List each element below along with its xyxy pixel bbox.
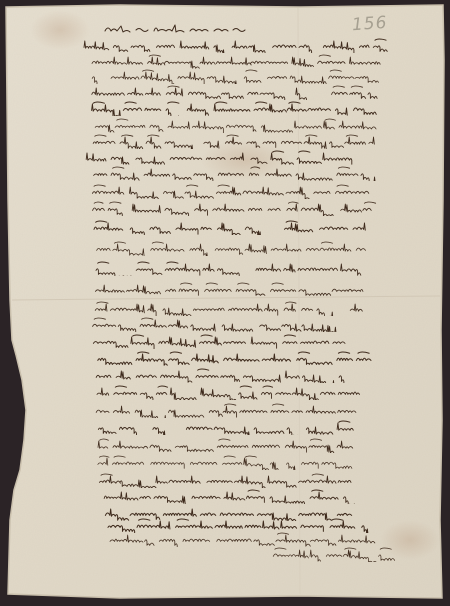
handwritten-line xyxy=(54,100,414,116)
handwritten-line xyxy=(62,384,396,400)
handwritten-line xyxy=(44,37,428,53)
handwritten-line xyxy=(70,488,396,504)
handwritten-line xyxy=(64,454,386,470)
handwritten-line xyxy=(58,117,414,133)
handwritten-line xyxy=(60,316,370,332)
handwritten-line xyxy=(64,437,388,453)
manuscript-scan: 156 xyxy=(0,0,450,606)
handwritten-line xyxy=(60,300,396,316)
handwritten-line xyxy=(56,200,406,216)
handwritten-line xyxy=(62,402,388,418)
handwritten-line xyxy=(54,53,418,69)
handwritten-line xyxy=(66,472,384,488)
handwritten-line xyxy=(74,531,418,547)
handwritten-line xyxy=(60,281,398,297)
handwritten-line xyxy=(50,149,396,165)
handwritten-line xyxy=(54,84,416,100)
handwritten-line xyxy=(64,419,392,435)
handwritten-line xyxy=(62,367,388,383)
handwritten-line xyxy=(56,133,412,149)
handwritten-line xyxy=(60,240,410,256)
handwritten-line xyxy=(60,333,378,349)
handwritten-line xyxy=(62,350,404,366)
handwritten-line xyxy=(56,165,416,181)
folio-number: 156 xyxy=(351,13,388,35)
handwritten-line xyxy=(58,219,402,235)
handwritten-line xyxy=(56,183,404,199)
handwritten-line xyxy=(54,68,420,84)
handwritten-line xyxy=(256,546,412,562)
handwritten-line xyxy=(60,260,404,276)
heading-line xyxy=(103,22,263,36)
